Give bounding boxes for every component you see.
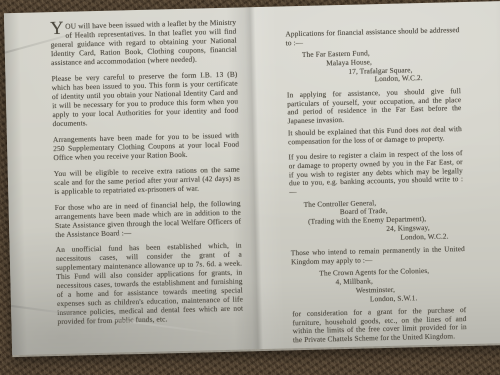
address-line: London, S.W.1. (370, 293, 466, 304)
paragraph-intro: YOU will have been issued with a leaflet… (50, 18, 237, 68)
paragraph-applying: In applying for assistance, you should g… (287, 87, 462, 126)
paragraph-financial-help: For those who are in need of financial h… (55, 199, 242, 240)
paragraph-clothing-coupons: Arrangements have been made for you to b… (53, 131, 240, 163)
address-crown-agents: The Crown Agents for the Colonies, 4, Mi… (291, 266, 466, 305)
paragraph-intro-text: OU will have been issued with a leaflet … (51, 18, 237, 68)
page-right: Applications for financial assistance sh… (285, 26, 467, 349)
page-left: YOU will have been issued with a leaflet… (50, 18, 244, 333)
address-line: London, W.C.2. (375, 74, 461, 85)
paragraph-grant-furniture: for consideration for a grant for the pu… (292, 306, 467, 345)
paragraph-unofficial-fund: An unofficial fund has been established … (56, 240, 244, 326)
paragraph-preserve-form: Please be very careful to preserve the f… (51, 70, 238, 129)
address-line: London, W.C.2. (400, 232, 464, 242)
paragraph-fund-scope: It should be explained that this Fund do… (288, 126, 462, 148)
paragraph-register-claim: If you desire to register a claim in res… (288, 149, 463, 197)
paragraph-extra-rations: You will be eligible to receive extra ra… (54, 165, 241, 197)
photo-backdrop-carpet: { "colors": { "paper": "#d3d2c9", "ink":… (0, 0, 500, 375)
drop-cap: Y (50, 22, 65, 37)
paragraph-remain-uk: Those who intend to remain permanently i… (291, 245, 465, 267)
paragraph-applications: Applications for financial assistance sh… (285, 26, 459, 48)
document-paper: YOU will have been issued with a leaflet… (4, 1, 500, 355)
address-board-of-trade: The Controller General, Board of Trade, … (290, 197, 465, 245)
address-far-eastern-fund: The Far Eastern Fund, Malaya House, 17, … (286, 47, 461, 86)
